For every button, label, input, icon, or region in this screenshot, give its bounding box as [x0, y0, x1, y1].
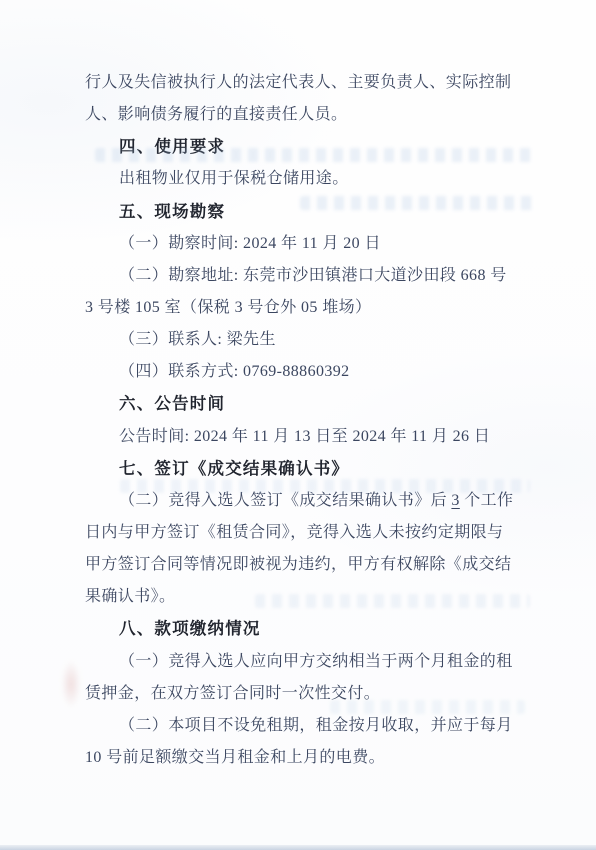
- section-heading-8: 八、款项缴纳情况: [85, 613, 525, 645]
- doc-line: 10 号前足额缴交当月租金和上月的电费。: [85, 742, 525, 774]
- section-heading-6: 六、公告时间: [85, 388, 525, 420]
- section-heading-7: 七、签订《成交结果确认书》: [85, 453, 525, 485]
- doc-line: （二）竞得入选人签订《成交结果确认书》后 3 个工作: [85, 485, 525, 517]
- section-heading-4: 四、使用要求: [85, 131, 525, 163]
- section-heading-5: 五、现场勘察: [85, 196, 525, 228]
- doc-line: 果确认书》。: [85, 581, 525, 613]
- doc-line: （一）竞得入选人应向甲方交纳相当于两个月租金的租: [85, 646, 525, 678]
- doc-line: 赁押金，在双方签订合同时一次性交付。: [85, 678, 525, 710]
- doc-line-segment: 个工作: [460, 492, 514, 509]
- doc-line: 日内与甲方签订《租赁合同》，竞得入选人未按约定期限与: [85, 517, 525, 549]
- doc-line: 出租物业仅用于保税仓储用途。: [85, 163, 525, 195]
- doc-line: 公告时间: 2024 年 11 月 13 日至 2024 年 11 月 26 日: [85, 421, 525, 453]
- doc-line: （三）联系人: 梁先生: [85, 324, 525, 356]
- doc-line-segment: （二）竞得入选人签订《成交结果确认书》后: [119, 492, 451, 509]
- doc-line: 行人及失信被执行人的法定代表人、主要负责人、实际控制: [85, 67, 525, 99]
- doc-line: 3 号楼 105 室（保税 3 号仓外 05 堆场）: [85, 292, 525, 324]
- underlined-number: 3: [451, 492, 459, 509]
- document-text-column: 行人及失信被执行人的法定代表人、主要负责人、实际控制 人、影响债务履行的直接责任…: [85, 67, 525, 774]
- doc-line: （一）勘察时间: 2024 年 11 月 20 日: [85, 228, 525, 260]
- doc-line: （二）本项目不设免租期，租金按月收取，并应于每月: [85, 710, 525, 742]
- doc-line: （二）勘察地址: 东莞市沙田镇港口大道沙田段 668 号: [85, 260, 525, 292]
- scan-smudge-artifact: [58, 652, 84, 716]
- scan-edge-artifact: [0, 845, 596, 850]
- doc-line: （四）联系方式: 0769-88860392: [85, 356, 525, 388]
- doc-line: 人、影响债务履行的直接责任人员。: [85, 99, 525, 131]
- document-page: 行人及失信被执行人的法定代表人、主要负责人、实际控制 人、影响债务履行的直接责任…: [0, 0, 596, 850]
- doc-line: 甲方签订合同等情况即被视为违约，甲方有权解除《成交结: [85, 549, 525, 581]
